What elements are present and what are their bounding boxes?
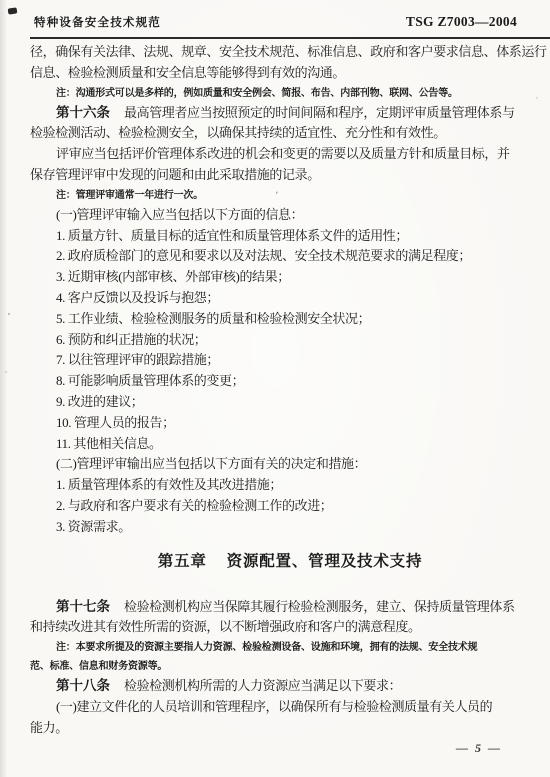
text-line: 信息、检验检测质量和安全信息等能够得到有效的沟通。 <box>30 63 550 84</box>
line-text: 3. 近期审核(内部审核、外部审核)的结果； <box>56 269 290 284</box>
line-text: 注：本要求所提及的资源主要指人力资源、检验检测设备、设施和环境，拥有的法规、安全… <box>56 642 477 653</box>
chapter-heading: 第五章资源配置、管理及技术支持 <box>30 551 550 573</box>
line-text: 信息、检验检测质量和安全信息等能够得到有效的沟通。 <box>30 65 345 80</box>
scan-artifact-blob <box>8 7 18 14</box>
scanned-document-page: ʹ 特种设备安全技术规范 TSG Z7003—2004 径，确保有关法律、法规、… <box>0 0 550 777</box>
chapter-number: 第五章 <box>158 553 207 570</box>
line-text: (一)建立文件化的人员培训和管理程序，以确保所有与检验检测质量有关人员的 <box>56 699 492 714</box>
line-text: 7. 以往管理评审的跟踪措施； <box>56 352 219 367</box>
line-text: 5. 工作业绩、检验检测服务的质量和检验检测安全状况； <box>56 311 370 326</box>
line-text: 最高管理者应当按照预定的时间间隔和程序，定期评审质量管理体系与 <box>124 105 515 120</box>
article-number: 第十七条 <box>56 599 110 614</box>
line-text: 1. 质量管理体系的有效性及其改进措施； <box>56 477 282 492</box>
text-line: 8. 可能影响质量管理体系的变更； <box>30 371 550 392</box>
text-line: 5. 工作业绩、检验检测服务的质量和检验检测安全状况； <box>30 309 550 330</box>
article-paragraph-line: 第十六条最高管理者应当按照预定的时间间隔和程序，定期评审质量管理体系与 <box>30 103 550 124</box>
text-line: 3. 资源需求。 <box>30 517 550 538</box>
text-line: (一)建立文件化的人员培训和管理程序，以确保所有与检验检测质量有关人员的 <box>30 697 550 718</box>
line-text: 10. 管理人员的报告； <box>56 415 175 430</box>
text-line: 3. 近期审核(内部审核、外部审核)的结果； <box>30 267 550 288</box>
article-number: 第十八条 <box>56 678 110 693</box>
scan-noise-speckles <box>0 0 2 2</box>
line-text: 1. 质量方针、质量目标的适宜性和质量管理体系文件的适用性； <box>56 228 408 243</box>
line-text: 8. 可能影响质量管理体系的变更； <box>56 373 244 388</box>
line-text: 评审应当包括评价管理体系改进的机会和变更的需要以及质量方针和质量目标，并 <box>56 146 510 161</box>
text-line: 4. 客户反馈以及投诉与抱怨； <box>30 288 550 309</box>
line-text: 2. 与政府和客户要求有关的检验检测工作的改进； <box>56 498 332 513</box>
article-paragraph-line: 第十七条检验检测机构应当保障其履行检验检测服务，建立、保持质量管理体系 <box>30 597 550 618</box>
line-text: 3. 资源需求。 <box>56 519 131 534</box>
line-text: 注：管理评审通常一年进行一次。 <box>56 190 203 201</box>
header-doc-code: TSG Z7003—2004 <box>406 14 517 30</box>
text-line: 9. 改进的建议； <box>30 392 550 413</box>
line-text: 11. 其他相关信息。 <box>56 436 162 451</box>
text-line: 能力。 <box>30 718 550 739</box>
line-text: 4. 客户反馈以及投诉与抱怨； <box>56 290 219 305</box>
line-text: 径，确保有关法律、法规、规章、安全技术规范、标准信息、政府和客户要求信息、体系运… <box>30 44 547 59</box>
note-line: 注：沟通形式可以是多样的，例如质量和安全例会、简报、布告、内部刊物、联网、公告等… <box>30 84 550 103</box>
line-text: 检验检测机构所需的人力资源应当满足以下要求： <box>124 678 401 693</box>
text-line: 6. 预防和纠正措施的状况； <box>30 330 550 351</box>
line-text: (二)管理评审输出应当包括以下方面有关的决定和措施： <box>56 456 366 471</box>
line-text: 保存管理评审中发现的问题和由此采取措施的记录。 <box>30 167 320 182</box>
line-text: 2. 政府质检部门的意见和要求以及对法规、安全技术规范要求的满足程度； <box>56 248 471 263</box>
text-line: 11. 其他相关信息。 <box>30 434 550 455</box>
text-line: 检验检测活动、检验检测安全，以确保其持续的适宜性、充分性和有效性。 <box>30 123 550 144</box>
article-paragraph-line: 第十八条检验检测机构所需的人力资源应当满足以下要求： <box>30 676 550 697</box>
header-spec-title: 特种设备安全技术规范 <box>34 14 161 30</box>
line-text: 检验检测活动、检验检测安全，以确保其持续的适宜性、充分性和有效性。 <box>30 125 446 140</box>
line-text: 6. 预防和纠正措施的状况； <box>56 332 206 347</box>
page-header: 特种设备安全技术规范 TSG Z7003—2004 <box>34 14 517 30</box>
line-text: 注：沟通形式可以是多样的，例如质量和安全例会、简报、布告、内部刊物、联网、公告等… <box>56 88 458 99</box>
text-line: 7. 以往管理评审的跟踪措施； <box>30 350 550 371</box>
note-line: 注：本要求所提及的资源主要指人力资源、检验检测设备、设施和环境，拥有的法规、安全… <box>30 638 550 657</box>
article-number: 第十六条 <box>56 105 110 120</box>
text-line: 10. 管理人员的报告； <box>30 413 550 434</box>
note-line: 注：管理评审通常一年进行一次。 <box>30 186 550 205</box>
text-line: (一)管理评审输入应当包括以下方面的信息： <box>30 205 550 226</box>
text-line: 评审应当包括评价管理体系改进的机会和变更的需要以及质量方针和质量目标，并 <box>30 144 550 165</box>
line-text: 和持续改进其有效性所需的资源，以不断增强政府和客户的满意程度。 <box>30 619 421 634</box>
scan-edge-shadow <box>0 0 7 777</box>
line-text: 能力。 <box>30 720 68 735</box>
header-rule <box>30 37 550 39</box>
text-line: 1. 质量方针、质量目标的适宜性和质量管理体系文件的适用性； <box>30 226 550 247</box>
line-text: 范、标准、信息和财务资源等。 <box>30 661 167 672</box>
note-line: 范、标准、信息和财务资源等。 <box>30 657 550 676</box>
text-line: 保存管理评审中发现的问题和由此采取措施的记录。 <box>30 165 550 186</box>
text-line: (二)管理评审输出应当包括以下方面有关的决定和措施： <box>30 454 550 475</box>
text-line: 径，确保有关法律、法规、规章、安全技术规范、标准信息、政府和客户要求信息、体系运… <box>30 42 550 63</box>
text-line: 1. 质量管理体系的有效性及其改进措施； <box>30 475 550 496</box>
document-body: 径，确保有关法律、法规、规章、安全技术规范、标准信息、政府和客户要求信息、体系运… <box>30 42 550 739</box>
text-line: 和持续改进其有效性所需的资源，以不断增强政府和客户的满意程度。 <box>30 617 550 638</box>
line-text: 9. 改进的建议； <box>56 394 143 409</box>
text-line: 2. 政府质检部门的意见和要求以及对法规、安全技术规范要求的满足程度； <box>30 246 550 267</box>
line-text: 检验检测机构应当保障其履行检验检测服务，建立、保持质量管理体系 <box>124 599 515 614</box>
line-text: (一)管理评审输入应当包括以下方面的信息： <box>56 207 303 222</box>
line-text: 资源配置、管理及技术支持 <box>227 553 423 570</box>
text-line: 2. 与政府和客户要求有关的检验检测工作的改进； <box>30 496 550 517</box>
page-number: — 5 — <box>456 741 502 756</box>
